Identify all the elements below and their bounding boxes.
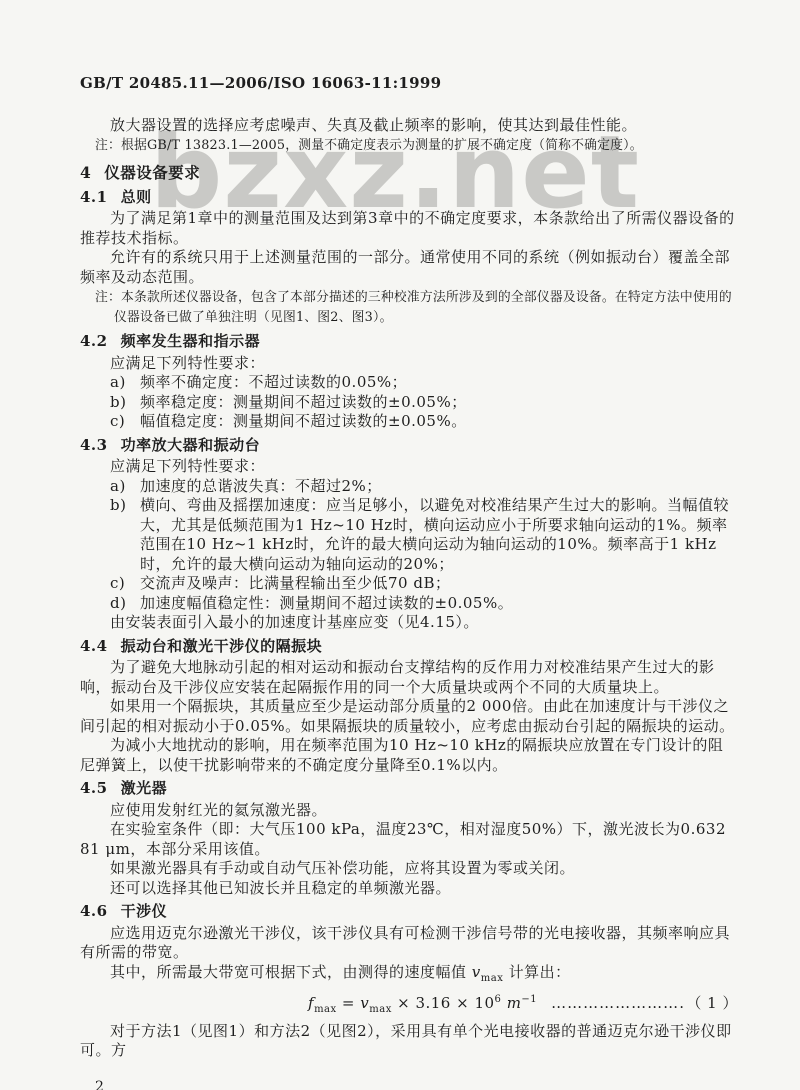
list-marker-c: c)	[110, 574, 125, 594]
section-4-1-title: 总则	[121, 188, 152, 206]
list-text-4-3-b: 横向、弯曲及摇摆加速度：应当足够小，以避免对校准结果产生过大的影响。当幅值较大，…	[140, 496, 729, 573]
list-item-4-3-d: d)加速度幅值稳定性：测量期间不超过读数的±0.05%。	[140, 594, 738, 614]
note-measurement-uncertainty: 注：根据GB/T 13823.1—2005，测量不确定度表示为测量的扩展不确定度…	[80, 136, 738, 156]
list-item-4-2-c: c)幅值稳定度：测量期间不超过读数的±0.05%。	[140, 412, 738, 432]
paragraph-amplifier-settings: 放大器设置的选择应考虑噪声、失真及截止频率的影响，使其达到最佳性能。	[80, 116, 738, 136]
paragraph-4-3-intro: 应满足下列特性要求：	[80, 457, 738, 477]
note-equipment-methods: 注：本条款所述仪器设备，包含了本部分描述的三种校准方法所涉及到的全部仪器及设备。…	[80, 288, 738, 328]
equation-number: （ 1 ）	[686, 994, 738, 1014]
list-text-4-2-b: 频率稳定度：测量期间不超过读数的±0.05%；	[140, 393, 467, 411]
paragraph-4-1-systems: 允许有的系统只用于上述测量范围的一部分。通常使用不同的系统（例如振动台）覆盖全部…	[80, 248, 738, 287]
paragraph-4-5-compensation: 如果激光器具有手动或自动气压补偿功能，应将其设置为零或关闭。	[80, 859, 738, 879]
list-text-4-3-c: 交流声及噪声：比满量程输出至少低70 dB；	[140, 574, 450, 592]
paragraph-4-4-mass-ratio: 如果用一个隔振块，其质量应至少是运动部分质量的2 000倍。由此在加速度计与干涉…	[80, 697, 738, 736]
list-marker-a: a)	[110, 373, 126, 393]
scanned-document-page: bzxz.net GB/T 20485.11—2006/ISO 16063-11…	[0, 0, 800, 1090]
velocity-subscript: max	[481, 973, 504, 984]
paragraph-4-5-wavelength: 在实验室条件（即：大气压100 kPa，温度23℃，相对湿度50%）下，激光波长…	[80, 820, 738, 859]
section-4-number: 4	[80, 163, 91, 182]
section-4-5-heading: 4.5激光器	[80, 779, 738, 799]
formula-vmax-var: v	[360, 994, 369, 1012]
formula-vmax-sub: max	[369, 1004, 392, 1015]
formula-unit-exponent: −1	[521, 994, 537, 1005]
section-4-6-number: 4.6	[80, 902, 108, 920]
page-number: 2	[95, 1078, 738, 1090]
section-4-3-title: 功率放大器和振动台	[121, 436, 261, 454]
list-text-4-2-c: 幅值稳定度：测量期间不超过读数的±0.05%。	[140, 412, 467, 430]
equation-leader-dots: …………………………………………………………………………	[551, 994, 683, 1014]
bandwidth-intro-prefix: 其中，所需最大带宽可根据下式，由测得的速度幅值	[110, 963, 472, 981]
formula-unit: m	[501, 994, 521, 1012]
section-4-1-heading: 4.1总则	[80, 188, 738, 208]
bandwidth-intro-suffix: 计算出：	[503, 963, 570, 981]
section-4-2-number: 4.2	[80, 332, 108, 350]
paragraph-methods-1-2: 对于方法1（见图1）和方法2（见图2），采用具有单个光电接收器的普通迈克尔逊干涉…	[80, 1022, 738, 1061]
formula-equals: =	[337, 994, 361, 1012]
section-4-6-heading: 4.6干涉仪	[80, 902, 738, 922]
list-text-4-3-d: 加速度幅值稳定性：测量期间不超过读数的±0.05%。	[140, 594, 513, 612]
list-item-4-2-b: b)频率稳定度：测量期间不超过读数的±0.05%；	[140, 393, 738, 413]
formula-fmax-sub: max	[314, 1004, 337, 1015]
paragraph-4-4-isolation: 为了避免大地脉动引起的相对运动和振动台支撑结构的反作用力对校准结果产生过大的影响…	[80, 658, 738, 697]
section-4-2-title: 频率发生器和指示器	[121, 332, 261, 350]
list-marker-d: d)	[110, 594, 126, 614]
list-item-4-3-c: c)交流声及噪声：比满量程输出至少低70 dB；	[140, 574, 738, 594]
paragraph-4-6-interferometer: 应选用迈克尔逊激光干涉仪，该干涉仪具有可检测干涉信号带的光电接收器，其频率响应具…	[80, 924, 738, 963]
section-4-4-heading: 4.4振动台和激光干涉仪的隔振块	[80, 637, 738, 657]
section-4-2-heading: 4.2频率发生器和指示器	[80, 332, 738, 352]
equation-1-body: fmax = vmax × 3.16 × 106 m−1	[308, 990, 537, 1020]
list-item-4-3-b: b)横向、弯曲及摇摆加速度：应当足够小，以避免对校准结果产生过大的影响。当幅值较…	[140, 496, 738, 574]
list-marker-a: a)	[110, 477, 126, 497]
section-4-5-title: 激光器	[121, 779, 168, 797]
equation-1-row: fmax = vmax × 3.16 × 106 m−1 ………………………………	[80, 990, 738, 1020]
list-text-4-3-a: 加速度的总谐波失真：不超过2%；	[140, 477, 382, 495]
section-4-6-title: 干涉仪	[121, 902, 168, 920]
section-4-4-title: 振动台和激光干涉仪的隔振块	[121, 637, 323, 655]
velocity-variable: v	[472, 963, 481, 981]
section-4-3-number: 4.3	[80, 436, 108, 454]
paragraph-4-5-alternative: 还可以选择其他已知波长并且稳定的单频激光器。	[80, 879, 738, 899]
list-marker-b: b)	[110, 496, 126, 516]
paragraph-4-3-base-strain: 由安装表面引入最小的加速度计基座应变（见4.15）。	[80, 613, 738, 633]
paragraph-4-6-bandwidth-intro: 其中，所需最大带宽可根据下式，由测得的速度幅值 vmax 计算出：	[80, 963, 738, 989]
standard-code-header: GB/T 20485.11—2006/ISO 16063-11:1999	[80, 74, 738, 94]
list-item-4-2-a: a)频率不确定度：不超过读数的0.05%；	[140, 373, 738, 393]
paragraph-4-1-scope: 为了满足第1章中的测量范围及达到第3章中的不确定度要求，本条款给出了所需仪器设备…	[80, 209, 738, 248]
list-marker-c: c)	[110, 412, 125, 432]
section-4-4-number: 4.4	[80, 637, 108, 655]
list-item-4-3-a: a)加速度的总谐波失真：不超过2%；	[140, 477, 738, 497]
section-4-title: 仪器设备要求	[104, 163, 200, 182]
section-4-5-number: 4.5	[80, 779, 108, 797]
paragraph-4-4-damped-springs: 为减小大地扰动的影响，用在频率范围为10 Hz~10 kHz的隔振块应放置在专门…	[80, 736, 738, 775]
document-body: GB/T 20485.11—2006/ISO 16063-11:1999 放大器…	[0, 0, 800, 1090]
section-4-1-number: 4.1	[80, 188, 108, 206]
paragraph-4-2-intro: 应满足下列特性要求：	[80, 354, 738, 374]
formula-multiplier: × 3.16 × 10	[392, 994, 495, 1012]
section-4-3-heading: 4.3功率放大器和振动台	[80, 436, 738, 456]
section-4-heading: 4仪器设备要求	[80, 163, 738, 183]
list-marker-b: b)	[110, 393, 126, 413]
list-text-4-2-a: 频率不确定度：不超过读数的0.05%；	[140, 373, 407, 391]
paragraph-4-5-laser-type: 应使用发射红光的氦氖激光器。	[80, 801, 738, 821]
